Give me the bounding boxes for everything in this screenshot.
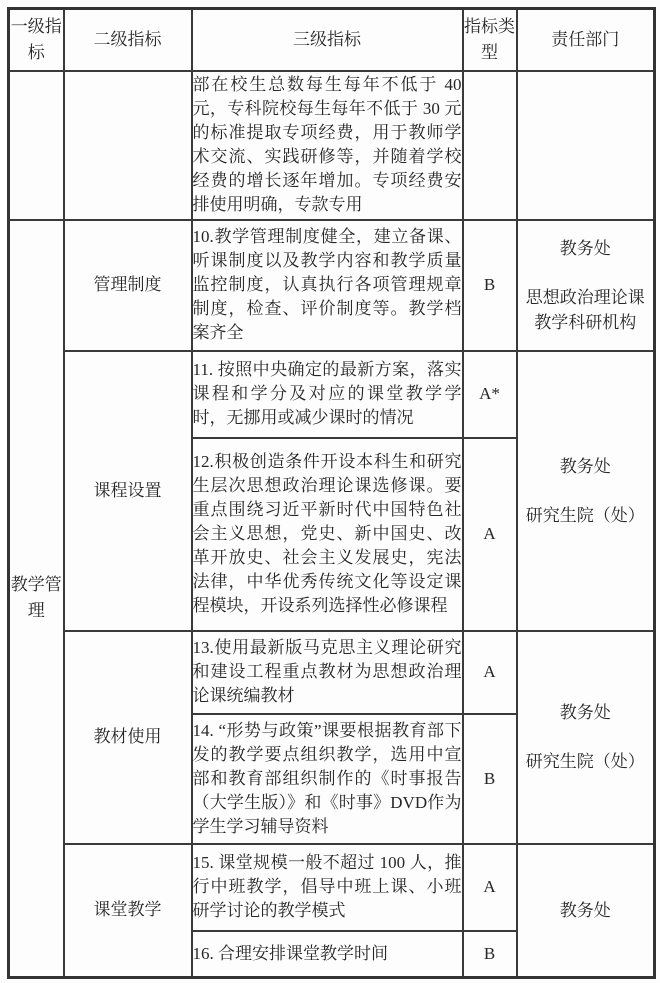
item-10-cell: 10.教学管理制度健全，建立备课、听课制度以及教学内容和教学质量监控制度，认真执… [192, 220, 463, 351]
item-12-cell: 12.积极创造条件开设本科生和研究生层次思想政治理论课选修课。要重点围绕习近平新… [192, 438, 463, 631]
header-level3-indicator: 三级指标 [192, 9, 463, 71]
type-cell-item-10: B [463, 220, 517, 351]
level1-indicator-cell: 教学管理 [9, 220, 64, 978]
type-cell-item-14: B [463, 714, 517, 844]
header-row: 一级指标 二级指标 三级指标 指标类型 责任部门 [9, 9, 655, 71]
item-13-cell: 13.使用最新版马克思主义理论研究和建设工程重点教材为思想政治理论课统编教材 [192, 631, 463, 714]
dept-line: 研究生院（处） [518, 749, 654, 774]
level2-cell-management-system: 管理制度 [64, 220, 192, 351]
item-14-cell: 14. “形势与政策”课要根据教育部下发的教学要点组织教学，选用中宣部和教育部组… [192, 714, 463, 844]
level2-empty-cell [64, 71, 192, 220]
header-responsible-dept: 责任部门 [517, 9, 655, 71]
level1-empty-cell [9, 71, 64, 220]
level2-cell-course-setup: 课程设置 [64, 351, 192, 631]
level2-cell-classroom-teaching: 课堂教学 [64, 844, 192, 978]
header-indicator-type: 指标类型 [463, 9, 517, 71]
dept-line: 思想政治理论课教学科研机构 [518, 285, 654, 335]
table-row-item-11: 课程设置 11. 按照中央确定的最新方案，落实课程和学分及对应的课堂教学学时，无… [9, 351, 655, 438]
type-cell-item-12: A [463, 438, 517, 631]
table-row-continuation: 部在校生总数每生每年不低于 40 元，专科院校每生每年不低于 30 元的标准提取… [9, 71, 655, 220]
dept-line: 研究生院（处） [518, 503, 654, 528]
dept-cell-group-3: 教务处 研究生院（处） [517, 631, 655, 844]
dept-line: 教务处 [518, 454, 654, 479]
type-cell-item-11: A* [463, 351, 517, 438]
level2-cell-textbook-use: 教材使用 [64, 631, 192, 844]
type-empty-cell [463, 71, 517, 220]
item-11-cell: 11. 按照中央确定的最新方案，落实课程和学分及对应的课堂教学学时，无挪用或减少… [192, 351, 463, 438]
type-cell-item-13: A [463, 631, 517, 714]
header-level1-indicator: 一级指标 [9, 9, 64, 71]
dept-line: 教务处 [518, 236, 654, 261]
header-level2-indicator: 二级指标 [64, 9, 192, 71]
table-row-item-15: 课堂教学 15. 课堂规模一般不超过 100 人，推行中班教学，倡导中班上课、小… [9, 844, 655, 931]
dept-cell-group-1: 教务处 思想政治理论课教学科研机构 [517, 220, 655, 351]
indicator-table: 一级指标 二级指标 三级指标 指标类型 责任部门 部在校生总数每生每年不低于 4… [7, 7, 656, 979]
dept-cell-group-2: 教务处 研究生院（处） [517, 351, 655, 631]
dept-empty-cell [517, 71, 655, 220]
dept-line: 教务处 [518, 898, 654, 923]
item-15-cell: 15. 课堂规模一般不超过 100 人，推行中班教学，倡导中班上课、小班研学讨论… [192, 844, 463, 931]
table-row-item-13: 教材使用 13.使用最新版马克思主义理论研究和建设工程重点教材为思想政治理论课统… [9, 631, 655, 714]
type-cell-item-15: A [463, 844, 517, 931]
type-cell-item-16: B [463, 931, 517, 978]
continuation-text-cell: 部在校生总数每生每年不低于 40 元，专科院校每生每年不低于 30 元的标准提取… [192, 71, 463, 220]
item-16-cell: 16. 合理安排课堂教学时间 [192, 931, 463, 978]
table-row-item-10: 教学管理 管理制度 10.教学管理制度健全，建立备课、听课制度以及教学内容和教学… [9, 220, 655, 351]
dept-line: 教务处 [518, 700, 654, 725]
dept-cell-group-4: 教务处 [517, 844, 655, 978]
